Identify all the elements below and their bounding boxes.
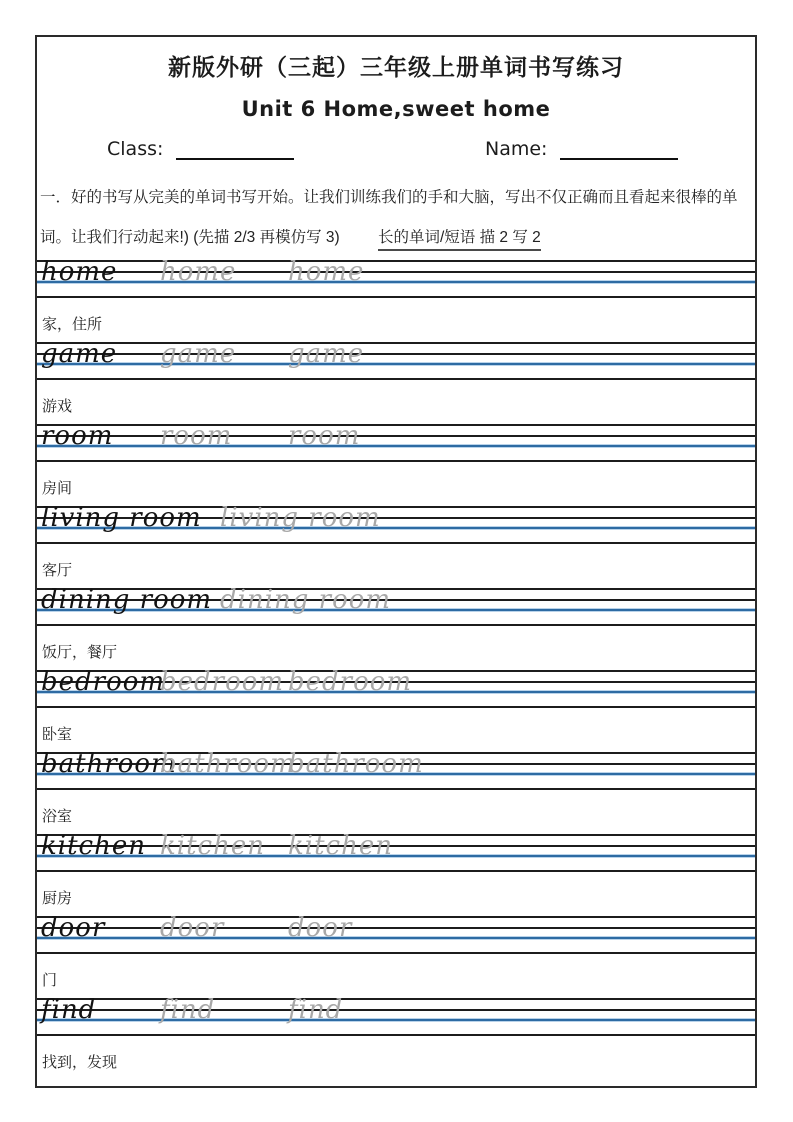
guide-line-bottom (37, 1034, 755, 1036)
unit-subtitle: Unit 6 Home,sweet home (37, 97, 755, 121)
writing-grid: door door door (37, 916, 755, 954)
practice-row-game: game game game 游戏 (37, 342, 755, 424)
practice-row-bedroom: bedroom bedroom bedroom 卧室 (37, 670, 755, 752)
practice-word-trace-2: kitchen (288, 834, 393, 858)
guide-line-bottom (37, 296, 755, 298)
word-translation: 房间 (37, 462, 755, 506)
guide-line-top (37, 424, 755, 426)
writing-grid: bathroom bathroom bathroom (37, 752, 755, 790)
practice-word-solid: home (41, 260, 117, 284)
class-blank-line (176, 141, 294, 160)
guide-line-bottom (37, 788, 755, 790)
practice-row-kitchen: kitchen kitchen kitchen 厨房 (37, 834, 755, 916)
word-translation: 家，住所 (37, 298, 755, 342)
guide-line-bottom (37, 624, 755, 626)
guide-line-bottom (37, 870, 755, 872)
writing-grid: game game game (37, 342, 755, 380)
word-translation: 客厅 (37, 544, 755, 588)
practice-row-dining-room: dining room dining room 饭厅，餐厅 (37, 588, 755, 670)
word-translation: 游戏 (37, 380, 755, 424)
word-translation: 找到，发现 (37, 1036, 755, 1080)
writing-grid: kitchen kitchen kitchen (37, 834, 755, 872)
name-field-group: Name: (485, 138, 678, 160)
guide-line-top (37, 260, 755, 262)
practice-word-trace-1: bathroom (160, 752, 296, 776)
practice-word-trace-1: find (160, 998, 215, 1022)
practice-row-home: home home home 家，住所 (37, 260, 755, 342)
word-translation: 卧室 (37, 708, 755, 752)
practice-word-trace-2: find (288, 998, 343, 1022)
worksheet-page: 新版外研（三起）三年级上册单词书写练习 Unit 6 Home,sweet ho… (35, 35, 757, 1088)
practice-word-trace-1: kitchen (160, 834, 265, 858)
practice-word-trace-2: bathroom (288, 752, 424, 776)
guide-line-baseline-blue (37, 936, 755, 940)
guide-line-top (37, 998, 755, 1000)
practice-word-trace-1: door (160, 916, 224, 940)
writing-grid: living room living room (37, 506, 755, 544)
practice-word-trace-1: room (160, 424, 232, 448)
writing-grid: dining room dining room (37, 588, 755, 626)
guide-line-baseline-blue (37, 1018, 755, 1022)
practice-word-trace-2: game (288, 342, 364, 366)
instructions-note-underlined: 长的单词/短语 描 2 写 2 (378, 229, 541, 251)
class-field-group: Class: (107, 138, 294, 160)
word-translation: 浴室 (37, 790, 755, 834)
practice-word-solid: game (41, 342, 117, 366)
name-label: Name: (485, 138, 547, 160)
practice-word-trace-2: home (288, 260, 364, 284)
writing-grid: find find find (37, 998, 755, 1036)
class-name-row: Class: Name: (37, 138, 755, 165)
guide-line-middle (37, 353, 755, 355)
name-blank-line (560, 141, 678, 160)
practice-word-trace-1: home (160, 260, 236, 284)
guide-line-baseline-blue (37, 280, 755, 284)
guide-line-bottom (37, 706, 755, 708)
writing-grid: room room room (37, 424, 755, 462)
instructions-paragraph: 一．好的书写从完美的单词书写开始。让我们训练我们的手和大脑，写出不仅正确而且看起… (40, 178, 751, 258)
practice-word-solid: kitchen (41, 834, 146, 858)
writing-grid: home home home (37, 260, 755, 298)
practice-word-trace-1: dining room (220, 588, 391, 612)
guide-line-bottom (37, 460, 755, 462)
practice-word-trace-1: game (160, 342, 236, 366)
practice-word-solid: dining room (41, 588, 212, 612)
practice-word-trace-2: door (288, 916, 352, 940)
practice-word-trace-2: room (288, 424, 360, 448)
practice-word-solid: room (41, 424, 113, 448)
practice-word-solid: find (41, 998, 96, 1022)
writing-grid: bedroom bedroom bedroom (37, 670, 755, 708)
word-translation: 厨房 (37, 872, 755, 916)
practice-rows: home home home 家，住所 game game game 游戏 (37, 260, 755, 1080)
practice-word-trace-1: living room (220, 506, 381, 530)
practice-row-bathroom: bathroom bathroom bathroom 浴室 (37, 752, 755, 834)
word-translation: 饭厅，餐厅 (37, 626, 755, 670)
word-translation: 门 (37, 954, 755, 998)
guide-line-bottom (37, 378, 755, 380)
practice-row-door: door door door 门 (37, 916, 755, 998)
guide-line-baseline-blue (37, 444, 755, 448)
guide-line-baseline-blue (37, 362, 755, 366)
guide-line-middle (37, 435, 755, 437)
guide-line-bottom (37, 952, 755, 954)
class-label: Class: (107, 138, 163, 160)
practice-word-trace-2: bedroom (288, 670, 412, 694)
guide-line-top (37, 916, 755, 918)
practice-word-solid: living room (41, 506, 202, 530)
guide-line-bottom (37, 542, 755, 544)
guide-line-middle (37, 271, 755, 273)
page-title: 新版外研（三起）三年级上册单词书写练习 (37, 49, 755, 82)
practice-row-room: room room room 房间 (37, 424, 755, 506)
practice-row-living-room: living room living room 客厅 (37, 506, 755, 588)
practice-word-trace-1: bedroom (160, 670, 284, 694)
practice-word-solid: bedroom (41, 670, 165, 694)
guide-line-middle (37, 927, 755, 929)
practice-word-solid: bathroom (41, 752, 177, 776)
guide-line-middle (37, 1009, 755, 1011)
practice-row-find: find find find 找到，发现 (37, 998, 755, 1080)
practice-word-solid: door (41, 916, 105, 940)
guide-line-top (37, 342, 755, 344)
